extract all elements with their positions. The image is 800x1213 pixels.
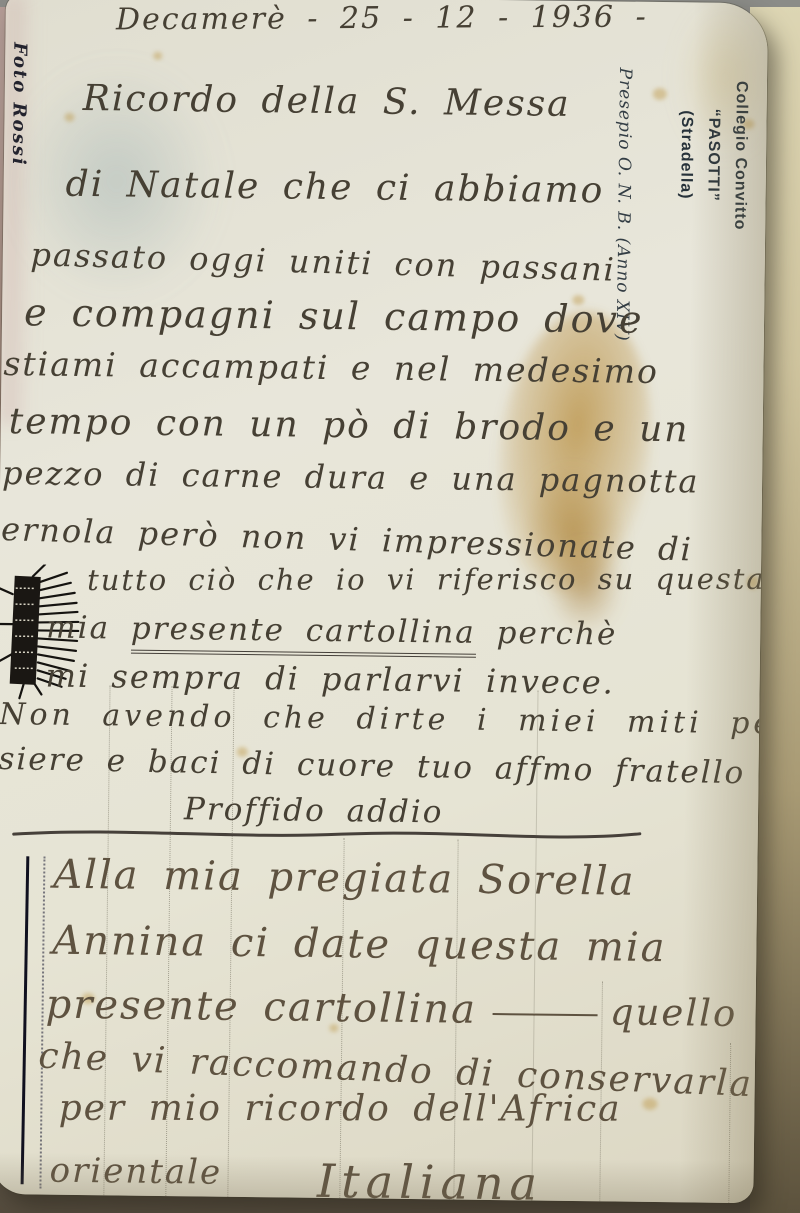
message-line: e compagni sul campo dove: [24, 292, 644, 341]
message-line: siere e baci di cuore tuo affmo fratello: [0, 742, 746, 790]
message-line: Non avendo che dirte i miei miti pen: [0, 698, 768, 741]
message-line: passato oggi uniti con passani: [30, 237, 616, 288]
address-ink-border: [21, 856, 30, 1184]
message-line: pezzo di carne dura e una pagnotta: [2, 456, 700, 500]
message-line: di Natale che ci abbiamo: [65, 165, 604, 211]
message-segment: mia: [46, 610, 131, 647]
postcard: Foto Rossi Collegio Convitto “PASOTTI” (…: [0, 0, 768, 1203]
message-line: Ricordo della S. Messa: [82, 79, 570, 125]
address-line: Alla mia pregiata Sorella: [53, 853, 636, 904]
message-line-underlined: mia presente cartollina perchè: [46, 611, 617, 652]
foxing-spot: [653, 88, 667, 100]
foxing-spot: [64, 113, 74, 122]
address-line: Annina ci date questa mia: [52, 919, 667, 970]
photographer-credit: Foto Rossi: [7, 42, 30, 222]
dateline: Decamerè - 25 - 12 - 1936 -: [116, 1, 648, 37]
photo-background: Foto Rossi Collegio Convitto “PASOTTI” (…: [0, 0, 800, 1213]
underlined-text: presente cartollina: [131, 611, 476, 658]
address-line: per mio ricordo dell'Africa: [59, 1089, 622, 1130]
separator-line: [12, 818, 644, 852]
message-line: tempo con un pò di brodo e un: [9, 402, 690, 450]
message-segment: perchè: [476, 615, 618, 653]
message-line: mi sempra di parlarvi invece.: [45, 659, 615, 701]
bottom-edge-shadow: [0, 1152, 754, 1203]
message-line: ernola però non vi impressionate di: [1, 512, 694, 568]
address-line-with-gap: presente cartollinaquello: [45, 983, 737, 1035]
address-segment: presente cartollina: [45, 982, 477, 1033]
right-edge-shadow: [679, 2, 768, 1203]
foxing-spot: [153, 52, 162, 60]
ink-gap-line: [493, 1009, 598, 1016]
message-line: tutto ciò che io vi riferisco su questa: [87, 564, 766, 597]
message-line: stiami accampati e nel medesimo: [3, 346, 659, 390]
